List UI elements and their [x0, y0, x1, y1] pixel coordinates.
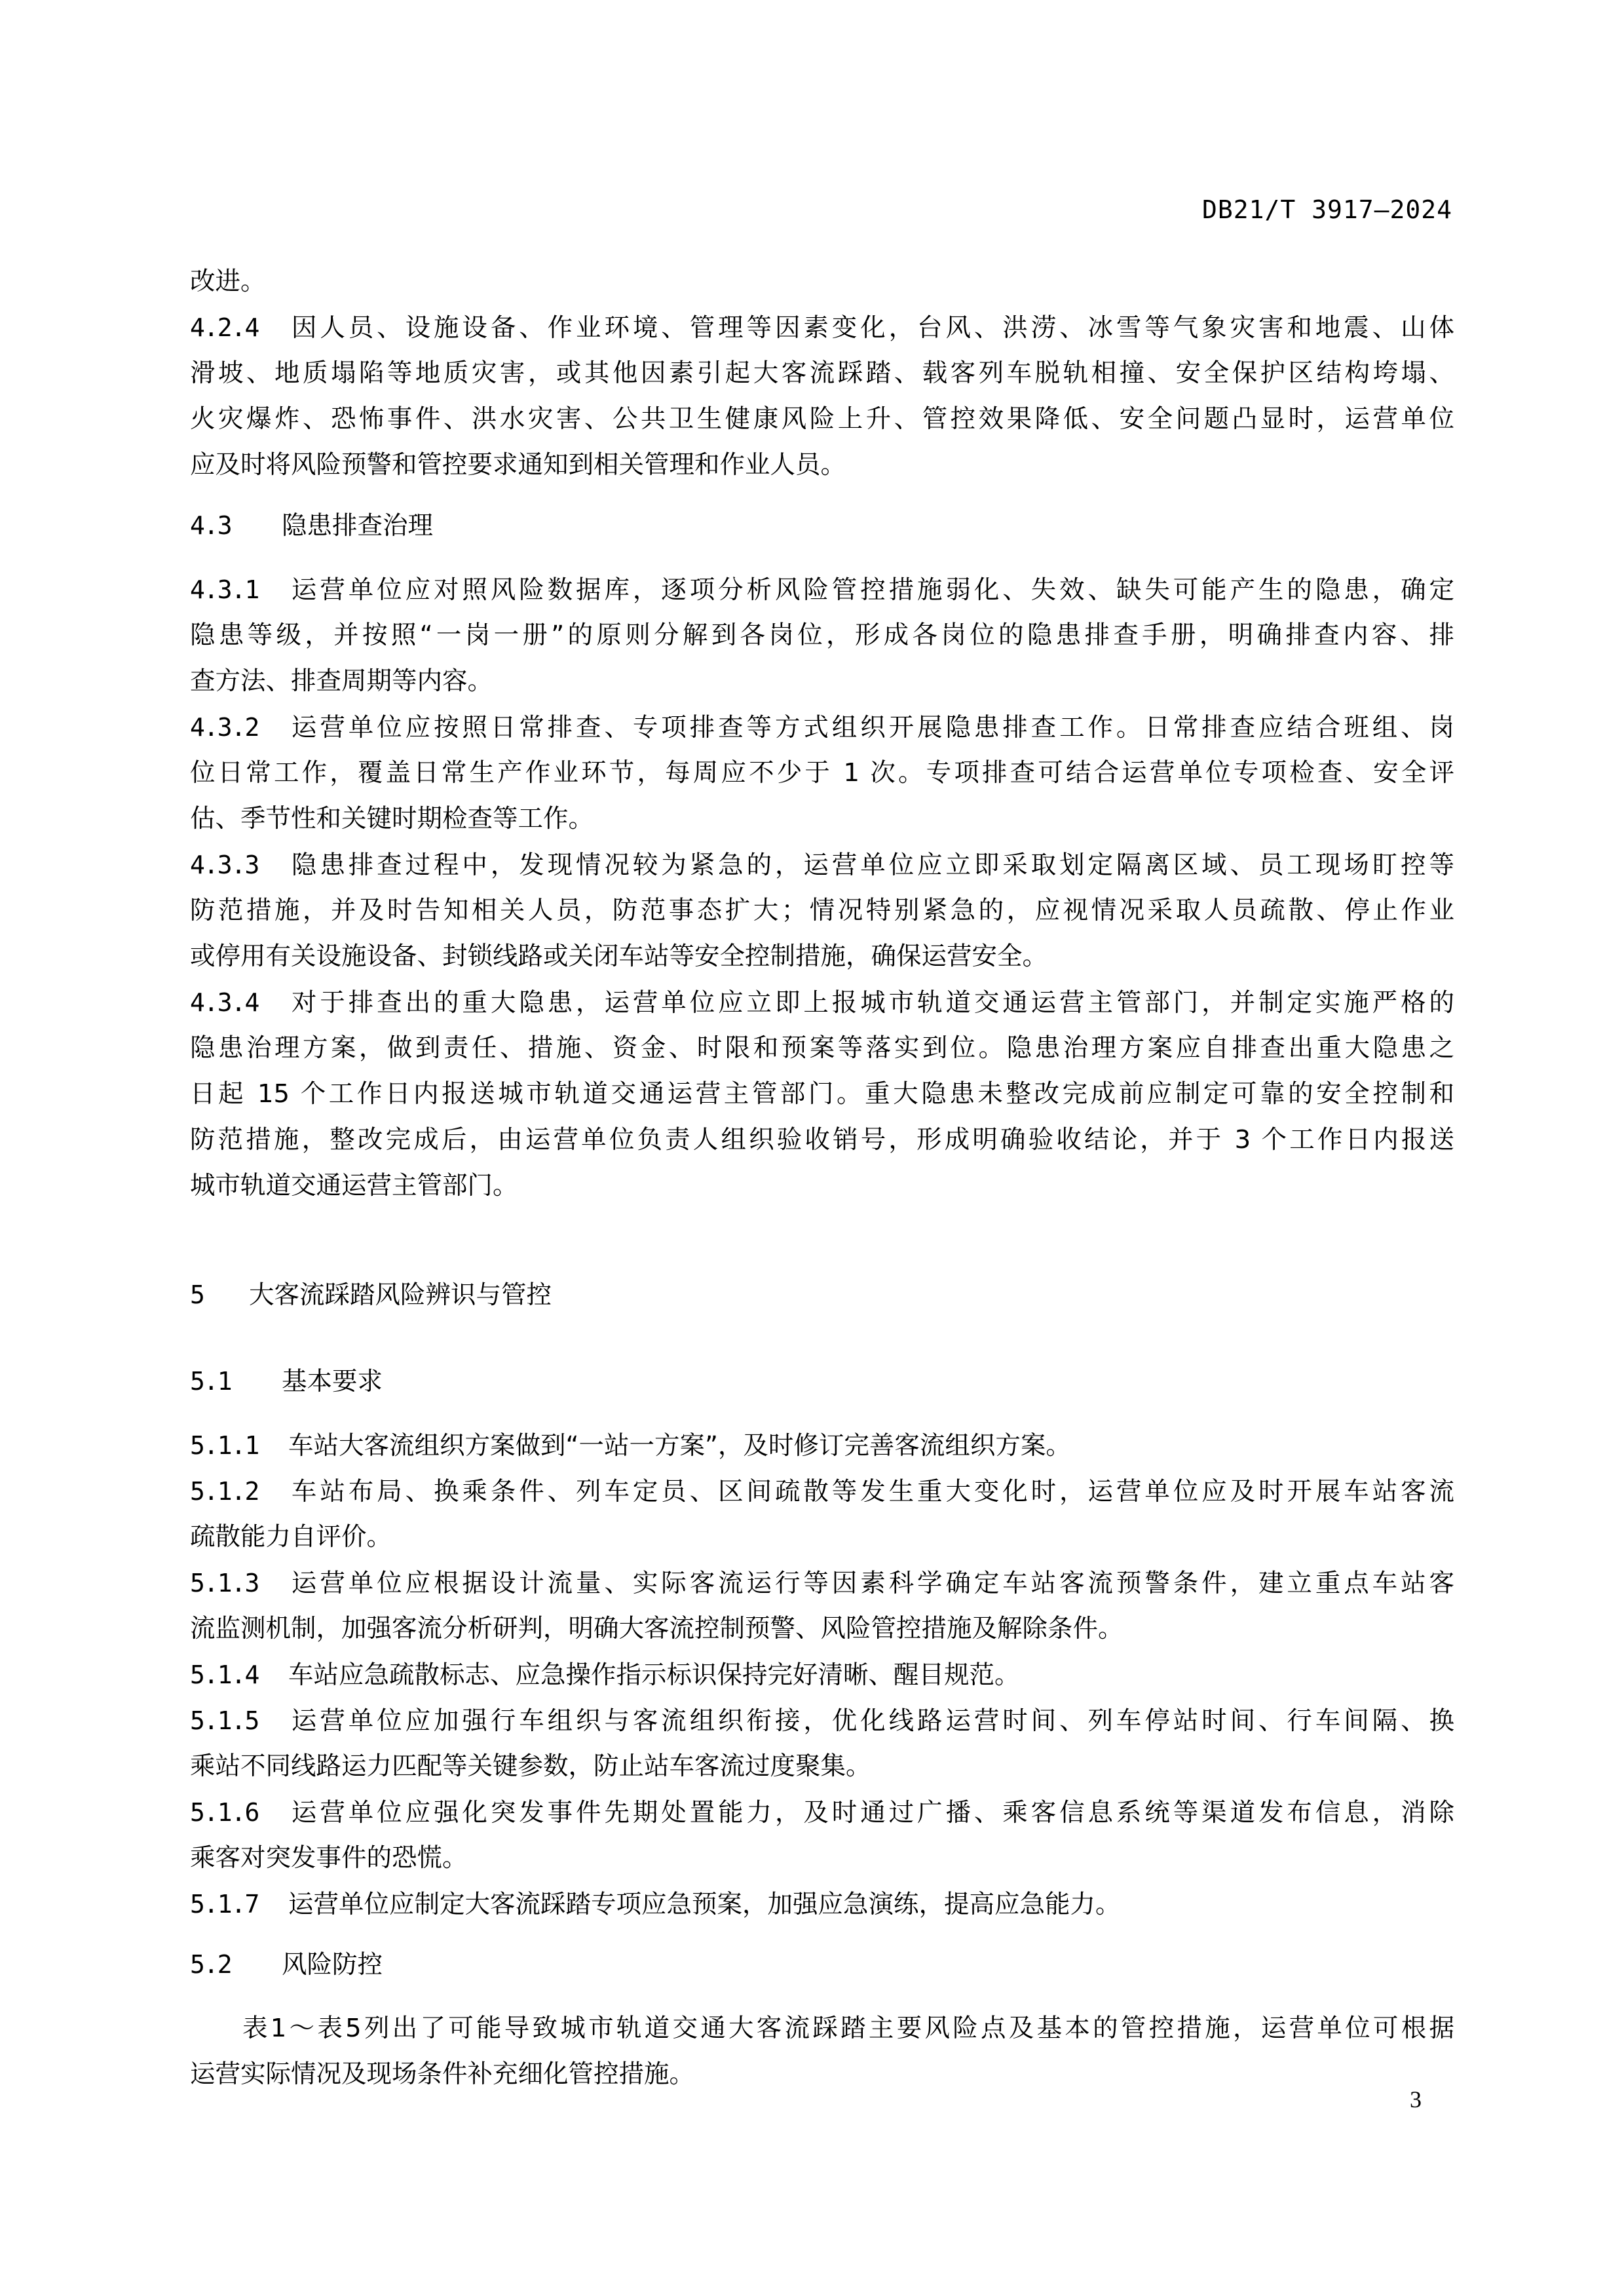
section-heading-5-2: 5.2风险防控: [190, 1942, 1454, 1987]
section-title: 隐患排查治理: [282, 511, 433, 541]
paragraph-text: 表1～表5列出了可能导致城市轨道交通大客流踩踏主要风险点及基本的管控措施，运营单…: [190, 2006, 1454, 2052]
standard-code: DB21/T 3917—2024: [1202, 195, 1452, 224]
chapter-heading-5: 5大客流踩踏风险辨识与管控: [190, 1272, 1454, 1318]
clause-5-1-6: 5.1.6运营单位应强化突发事件先期处置能力，及时通过广播、乘客信息系统等渠道发…: [190, 1789, 1454, 1881]
clause-text: 或停用有关设施设备、封锁线路或关闭车站等安全控制措施，确保运营安全。: [190, 934, 1454, 980]
clause-text: 隐患等级，并按照“一岗一册”的原则分解到各岗位，形成各岗位的隐患排查手册，明确排…: [190, 613, 1454, 659]
clause-4-2-4: 4.2.4因人员、设施设备、作业环境、管理等因素变化，台风、洪涝、冰雪等气象灾害…: [190, 305, 1454, 488]
clause-5-1-3: 5.1.3运营单位应根据设计流量、实际客流运行等因素科学确定车站客流预警条件，建…: [190, 1560, 1454, 1652]
section-title: 基本要求: [282, 1367, 383, 1396]
clause-5-1-1: 5.1.1车站大客流组织方案做到“一站一方案”，及时修订完善客流组织方案。: [190, 1423, 1454, 1468]
clause-text: 火灾爆炸、恐怖事件、洪水灾害、公共卫生健康风险上升、管控效果降低、安全问题凸显时…: [190, 396, 1454, 442]
clause-5-1-7: 5.1.7运营单位应制定大客流踩踏专项应急预案，加强应急演练，提高应急能力。: [190, 1881, 1454, 1927]
chapter-title: 大客流踩踏风险辨识与管控: [249, 1280, 552, 1310]
clause-text: 应及时将风险预警和管控要求通知到相关管理和作业人员。: [190, 442, 1454, 488]
clause-number: 5.1.7: [190, 1881, 288, 1927]
page-number: 3: [1410, 2086, 1422, 2113]
clause-text: 运营单位应按照日常排查、专项排查等方式组织开展隐患排查工作。日常排查应结合班组、…: [288, 713, 1454, 742]
clause-number: 4.3.3: [190, 842, 288, 888]
clause-number: 5.1.6: [190, 1789, 288, 1835]
clause-text: 估、季节性和关键时期检查等工作。: [190, 796, 1454, 842]
chapter-number: 5: [190, 1272, 249, 1318]
clause-number: 4.3.1: [190, 567, 288, 613]
section-number: 4.3: [190, 503, 282, 548]
clause-5-1-5: 5.1.5运营单位应加强行车组织与客流组织衔接，优化线路运营时间、列车停站时间、…: [190, 1698, 1454, 1789]
clause-text: 运营单位应根据设计流量、实际客流运行等因素科学确定车站客流预警条件，建立重点车站…: [288, 1569, 1454, 1598]
clause-text: 流监测机制，加强客流分析研判，明确大客流控制预警、风险管控措施及解除条件。: [190, 1606, 1454, 1652]
section-title: 风险防控: [282, 1950, 383, 1980]
clause-text: 疏散能力自评价。: [190, 1514, 1454, 1560]
paragraph-5-2: 表1～表5列出了可能导致城市轨道交通大客流踩踏主要风险点及基本的管控措施，运营单…: [190, 2006, 1454, 2097]
clause-number: 5.1.3: [190, 1560, 288, 1606]
clause-number: 4.3.4: [190, 980, 288, 1025]
clause-text: 防范措施，并及时告知相关人员，防范事态扩大；情况特别紧急的，应视情况采取人员疏散…: [190, 888, 1454, 934]
section-heading-4-3: 4.3隐患排查治理: [190, 503, 1454, 548]
clause-text: 乘客对突发事件的恐慌。: [190, 1835, 1454, 1881]
clause-number: 5.1.2: [190, 1468, 288, 1514]
section-number: 5.2: [190, 1942, 282, 1987]
clause-text: 滑坡、地质塌陷等地质灾害，或其他因素引起大客流踩踏、载客列车脱轨相撞、安全保护区…: [190, 351, 1454, 396]
document-body: 改进。 4.2.4因人员、设施设备、作业环境、管理等因素变化，台风、洪涝、冰雪等…: [190, 259, 1454, 2097]
clause-text: 因人员、设施设备、作业环境、管理等因素变化，台风、洪涝、冰雪等气象灾害和地震、山…: [288, 313, 1454, 343]
clause-text: 位日常工作，覆盖日常生产作业环节，每周应不少于 1 次。专项排查可结合运营单位专…: [190, 750, 1454, 796]
clause-text: 车站应急疏散标志、应急操作指示标识保持完好清晰、醒目规范。: [288, 1660, 1020, 1690]
clause-text: 运营单位应制定大客流踩踏专项应急预案，加强应急演练，提高应急能力。: [288, 1890, 1121, 1919]
clause-5-1-4: 5.1.4车站应急疏散标志、应急操作指示标识保持完好清晰、醒目规范。: [190, 1652, 1454, 1698]
clause-4-3-4: 4.3.4对于排查出的重大隐患，运营单位应立即上报城市轨道交通运营主管部门，并制…: [190, 980, 1454, 1209]
clause-text: 运营单位应强化突发事件先期处置能力，及时通过广播、乘客信息系统等渠道发布信息，消…: [288, 1798, 1454, 1827]
clause-text: 查方法、排查周期等内容。: [190, 659, 1454, 704]
clause-number: 5.1.4: [190, 1652, 288, 1698]
clause-number: 5.1.5: [190, 1698, 288, 1744]
clause-number: 4.3.2: [190, 704, 288, 750]
clause-4-3-1: 4.3.1运营单位应对照风险数据库，逐项分析风险管控措施弱化、失效、缺失可能产生…: [190, 567, 1454, 704]
clause-text: 车站大客流组织方案做到“一站一方案”，及时修订完善客流组织方案。: [288, 1431, 1071, 1461]
section-heading-5-1: 5.1基本要求: [190, 1358, 1454, 1404]
clause-4-3-3: 4.3.3隐患排查过程中，发现情况较为紧急的，运营单位应立即采取划定隔离区域、员…: [190, 842, 1454, 980]
clause-text: 隐患排查过程中，发现情况较为紧急的，运营单位应立即采取划定隔离区域、员工现场盯控…: [288, 851, 1454, 880]
document-page: DB21/T 3917—2024 改进。 4.2.4因人员、设施设备、作业环境、…: [0, 0, 1624, 2296]
clause-text: 日起 15 个工作日内报送城市轨道交通运营主管部门。重大隐患未整改完成前应制定可…: [190, 1071, 1454, 1117]
clause-number: 4.2.4: [190, 305, 288, 351]
clause-text: 隐患治理方案，做到责任、措施、资金、时限和预案等落实到位。隐患治理方案应自排查出…: [190, 1025, 1454, 1071]
clause-4-3-2: 4.3.2运营单位应按照日常排查、专项排查等方式组织开展隐患排查工作。日常排查应…: [190, 704, 1454, 842]
clause-number: 5.1.1: [190, 1423, 288, 1468]
clause-text: 运营单位应对照风险数据库，逐项分析风险管控措施弱化、失效、缺失可能产生的隐患，确…: [288, 575, 1454, 605]
clause-text: 城市轨道交通运营主管部门。: [190, 1163, 1454, 1209]
clause-text: 防范措施，整改完成后，由运营单位负责人组织验收销号，形成明确验收结论，并于 3 …: [190, 1117, 1454, 1163]
clause-text: 车站布局、换乘条件、列车定员、区间疏散等发生重大变化时，运营单位应及时开展车站客…: [288, 1477, 1454, 1506]
clause-text: 运营单位应加强行车组织与客流组织衔接，优化线路运营时间、列车停站时间、行车间隔、…: [288, 1706, 1454, 1736]
clause-text: 乘站不同线路运力匹配等关键参数，防止站车客流过度聚集。: [190, 1744, 1454, 1789]
section-number: 5.1: [190, 1358, 282, 1404]
paragraph-text: 运营实际情况及现场条件补充细化管控措施。: [190, 2052, 1454, 2097]
clause-5-1-2: 5.1.2车站布局、换乘条件、列车定员、区间疏散等发生重大变化时，运营单位应及时…: [190, 1468, 1454, 1560]
clause-text: 对于排查出的重大隐患，运营单位应立即上报城市轨道交通运营主管部门，并制定实施严格…: [288, 988, 1454, 1018]
paragraph-continuation: 改进。: [190, 259, 1454, 305]
